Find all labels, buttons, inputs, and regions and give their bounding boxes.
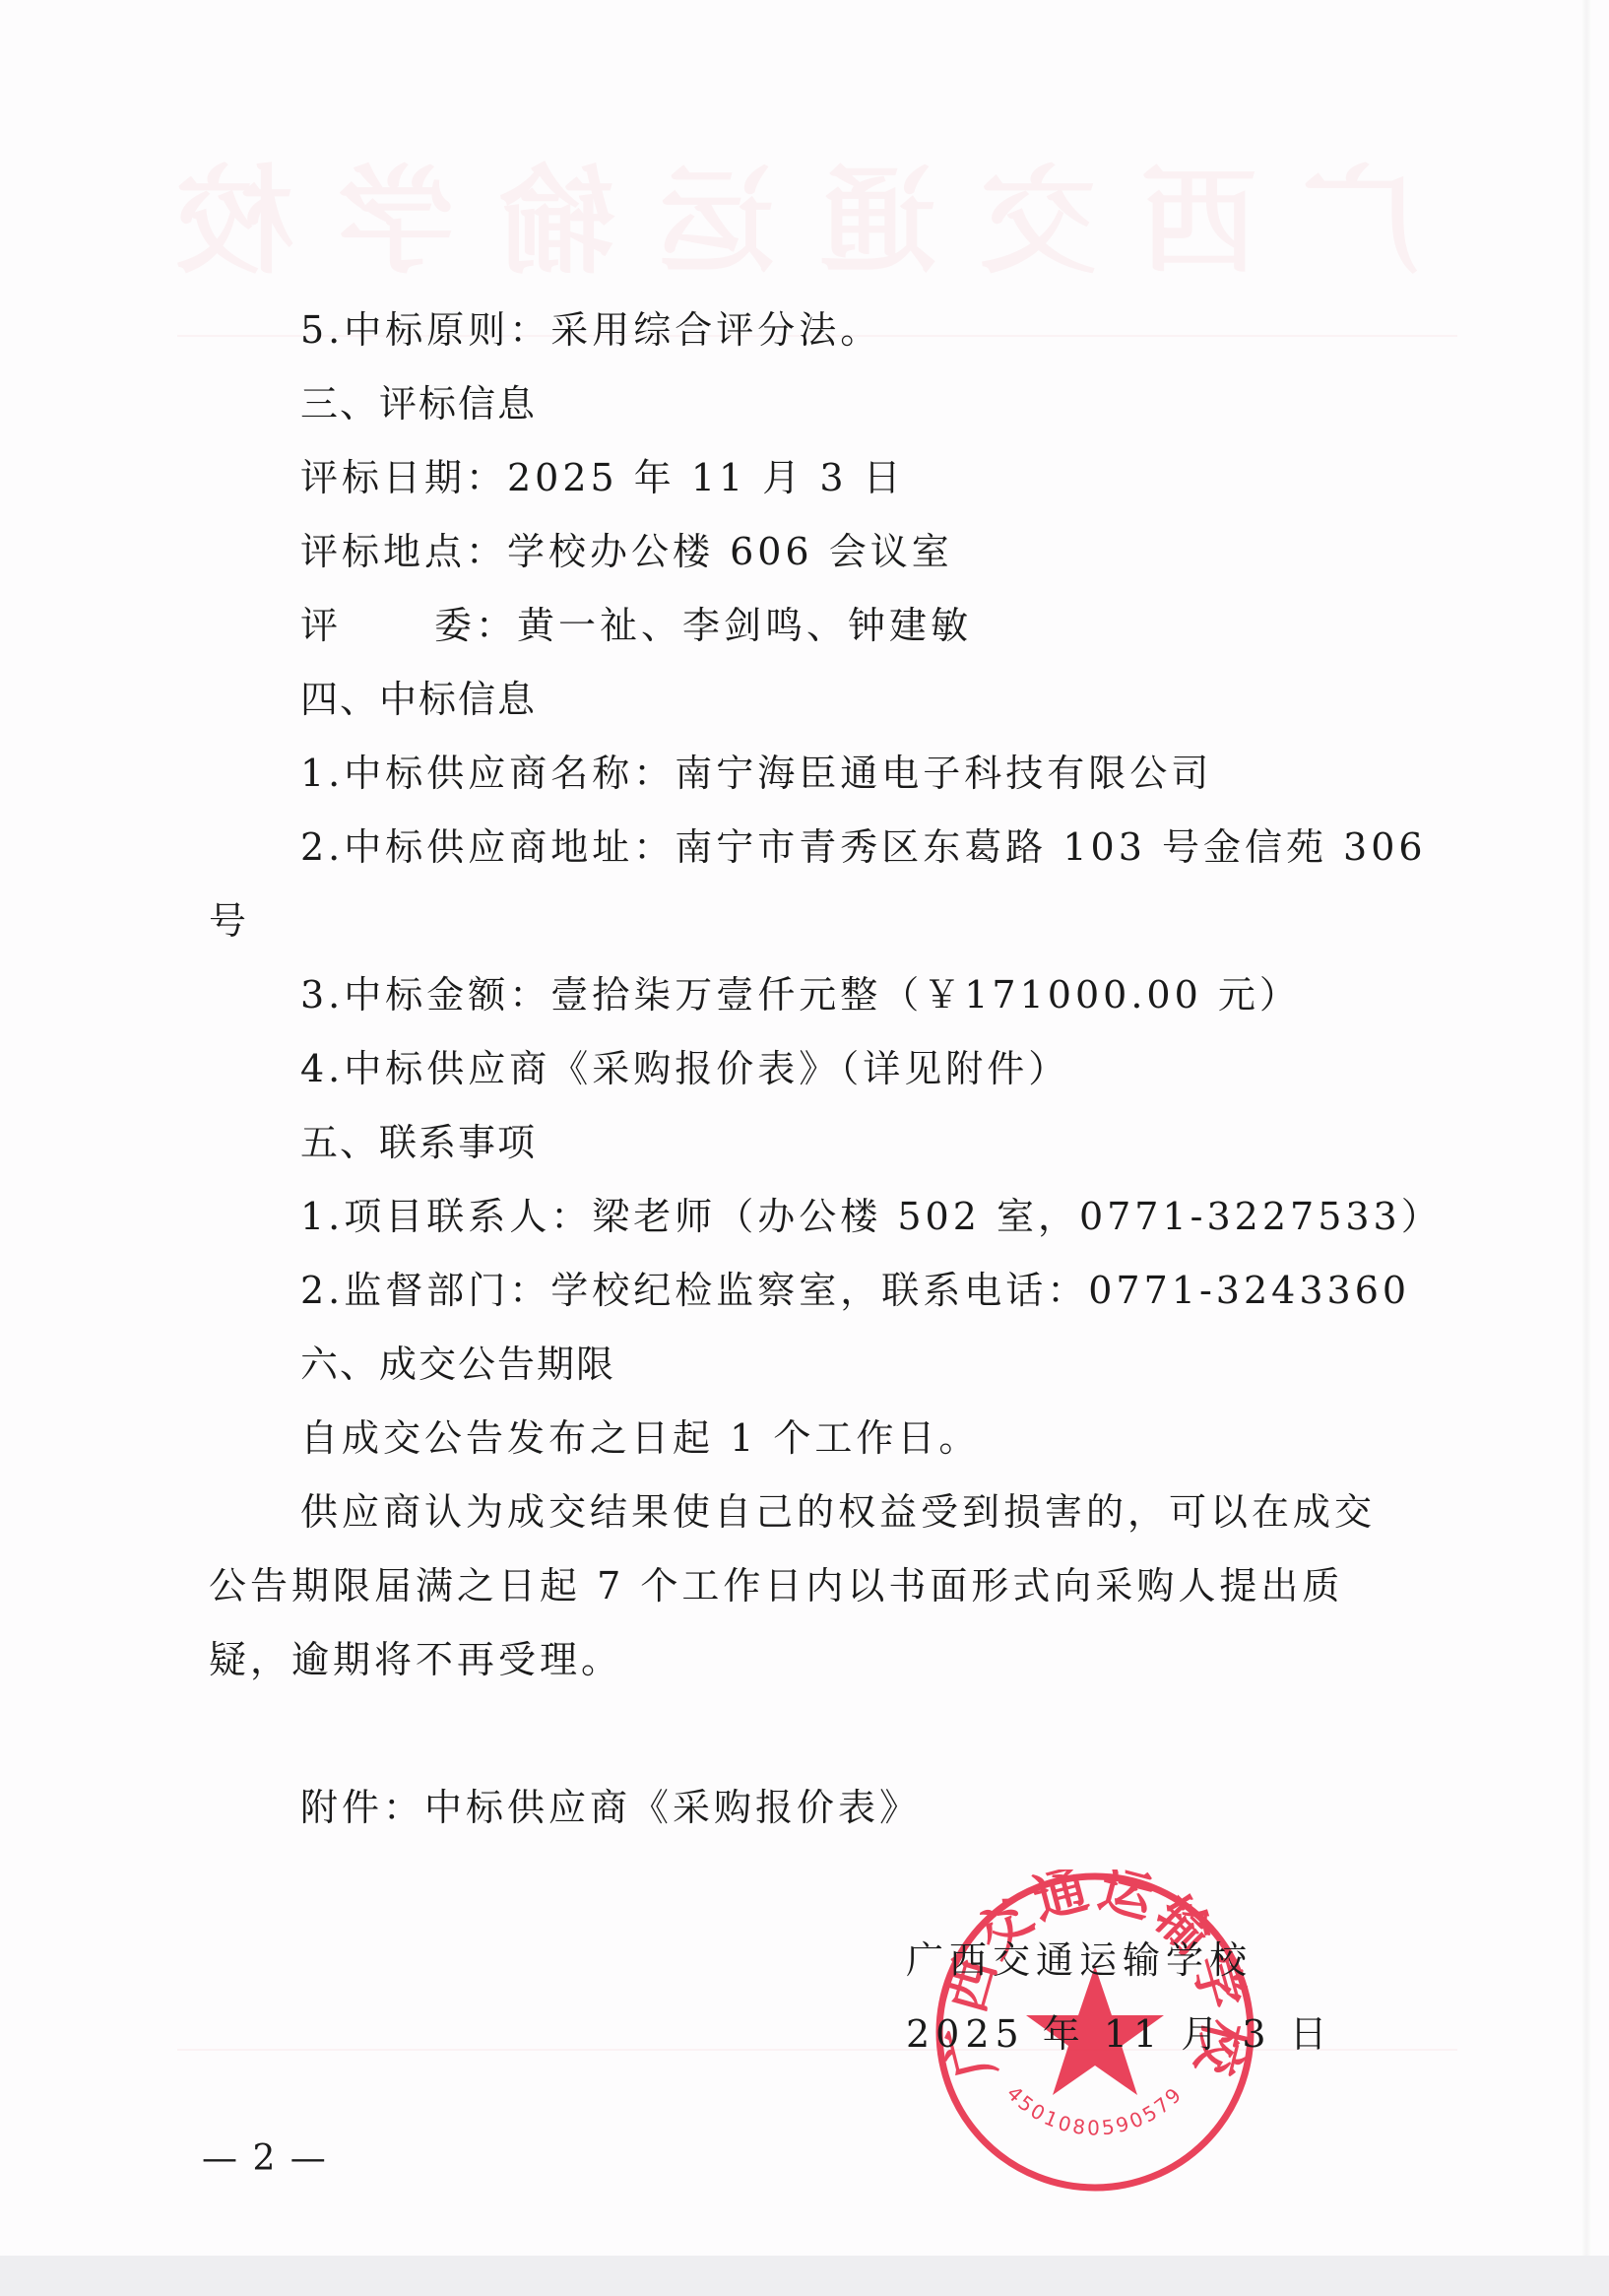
- evaluation-committee: 评委：黄一祉、李剑鸣、钟建敏: [300, 602, 972, 649]
- objection-paragraph-line-1: 供应商认为成交结果使自己的权益受到损害的，可以在成交: [300, 1488, 1376, 1536]
- section-heading-period: 六、成交公告期限: [300, 1341, 615, 1388]
- supervision-department: 2.监督部门：学校纪检监察室，联系电话：0771-3243360: [300, 1267, 1410, 1314]
- bleed-through-header: 广 西 交 通 运 输 学 校: [177, 148, 1418, 276]
- page-number: — 2 —: [202, 2137, 328, 2181]
- supplier-name: 1.中标供应商名称：南宁海臣通电子科技有限公司: [300, 750, 1212, 797]
- committee-label-2: 委：: [434, 604, 517, 647]
- section-heading-contact: 五、联系事项: [300, 1119, 537, 1166]
- supplier-address: 2.中标供应商地址：南宁市青秀区东葛路 103 号金信苑 306: [300, 823, 1427, 871]
- supplier-address-continued: 号: [209, 897, 250, 945]
- bleed-char: 通: [820, 128, 936, 295]
- bleed-char: 运: [659, 128, 775, 295]
- document-page: 广 西 交 通 运 输 学 校 5.中标原则：采用综合评分法。 三、评标信息 评…: [0, 0, 1609, 2296]
- bleed-char: 输: [498, 128, 614, 295]
- svg-text:4501080590579: 4501080590579: [1002, 2081, 1188, 2139]
- award-principle: 5.中标原则：采用综合评分法。: [300, 306, 881, 354]
- bleed-char: 交: [981, 128, 1097, 295]
- bid-amount: 3.中标金额：壹拾柒万壹仟元整（￥171000.00 元）: [300, 971, 1301, 1018]
- quote-sheet-note: 4.中标供应商《采购报价表》（详见附件）: [300, 1045, 1069, 1092]
- bleed-char: 学: [338, 128, 454, 295]
- committee-members: 黄一祉、李剑鸣、钟建敏: [517, 604, 972, 647]
- bleed-char: 校: [177, 128, 293, 295]
- bleed-char: 西: [1141, 128, 1257, 295]
- scan-bottom-band: [0, 2256, 1609, 2296]
- signing-date: 2025 年 11 月 3 日: [906, 2010, 1333, 2058]
- evaluation-date: 评标日期：2025 年 11 月 3 日: [300, 454, 905, 501]
- section-heading-evaluation: 三、评标信息: [300, 380, 537, 427]
- committee-label-1: 评: [300, 604, 342, 647]
- announcement-period: 自成交公告发布之日起 1 个工作日。: [300, 1414, 980, 1462]
- objection-paragraph-line-3: 疑，逾期将不再受理。: [209, 1636, 622, 1683]
- signing-organization: 广西交通运输学校: [906, 1936, 1253, 1984]
- page-edge-shadow: [1581, 0, 1591, 2296]
- section-heading-award: 四、中标信息: [300, 676, 537, 723]
- objection-paragraph-line-2: 公告期限届满之日起 7 个工作日内以书面形式向采购人提出质: [209, 1562, 1343, 1609]
- evaluation-place: 评标地点：学校办公楼 606 会议室: [300, 528, 953, 575]
- attachment-note: 附件：中标供应商《采购报价表》: [300, 1784, 921, 1831]
- project-contact: 1.项目联系人：梁老师（办公楼 502 室，0771-3227533）: [300, 1193, 1443, 1240]
- bleed-char: 广: [1302, 128, 1418, 295]
